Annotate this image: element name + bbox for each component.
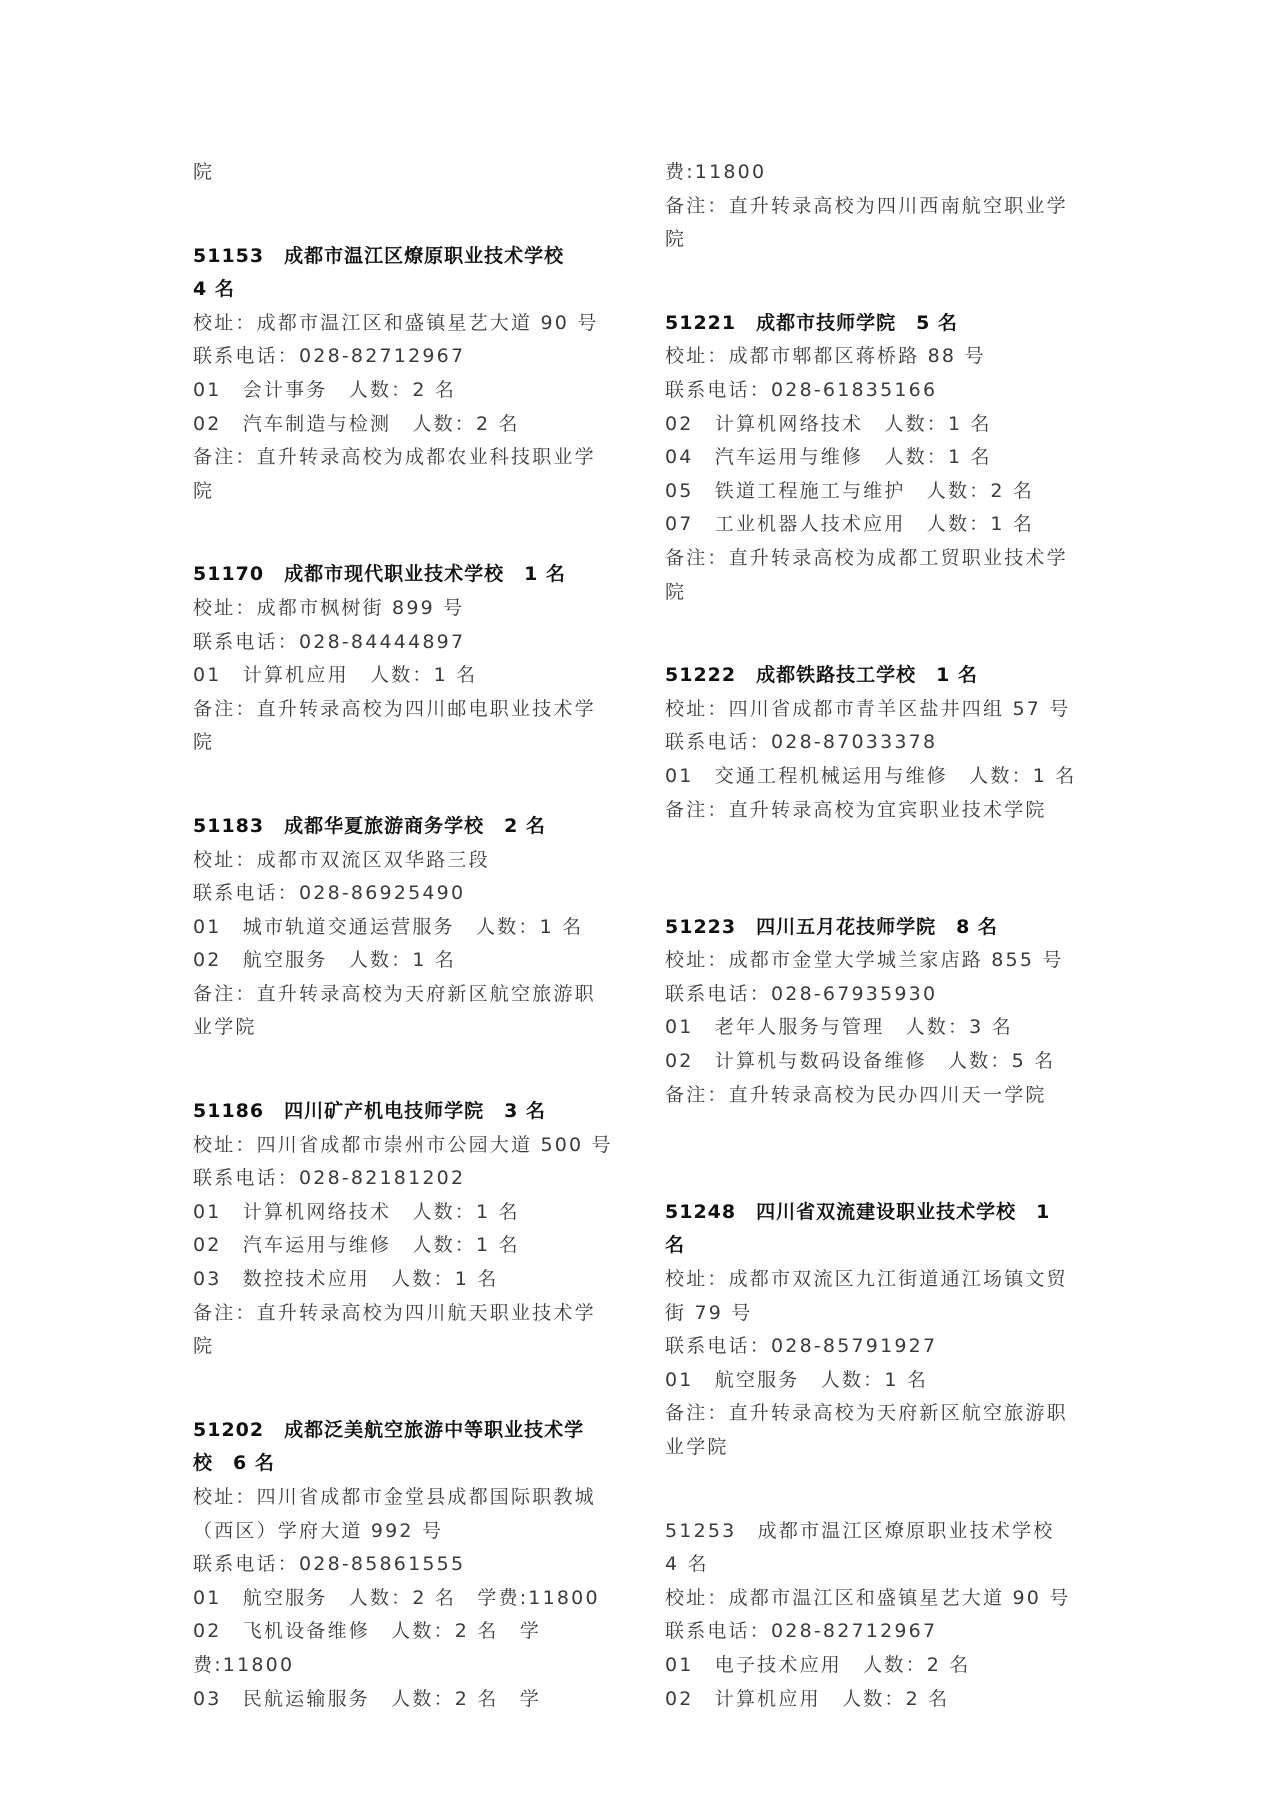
school-note: 备注：直升转录高校为天府新区航空旅游职 (193, 978, 628, 1012)
school-heading: 51202 成都泛美航空旅游中等职业技术学 (193, 1414, 628, 1448)
school-heading: 51153 成都市温江区燎原职业技术学校 (193, 240, 628, 274)
school-phone: 联系电话：028-85861555 (193, 1548, 628, 1582)
school-address: 校址：成都市双流区九江街道通江场镇文贸 (665, 1263, 1100, 1297)
major-line: 07 工业机器人技术应用 人数：1 名 (665, 508, 1100, 542)
continuation-text: 费:11800 (665, 156, 1100, 190)
school-note-cont: 院 (665, 576, 1100, 610)
school-address: 校址：成都市温江区和盛镇星艺大道 90 号 (665, 1582, 1100, 1616)
major-line: 02 计算机网络技术 人数：1 名 (665, 408, 1100, 442)
school-entry-51253: 51253 成都市温江区燎原职业技术学校 4 名 校址：成都市温江区和盛镇星艺大… (665, 1515, 1100, 1717)
major-line: 01 老年人服务与管理 人数：3 名 (665, 1011, 1100, 1045)
school-note-cont: 院 (193, 726, 628, 760)
school-address: 校址：成都市温江区和盛镇星艺大道 90 号 (193, 307, 628, 341)
school-note: 备注：直升转录高校为成都农业科技职业学 (193, 441, 628, 475)
school-note: 备注：直升转录高校为民办四川天一学院 (665, 1079, 1100, 1113)
school-phone: 联系电话：028-82181202 (193, 1162, 628, 1196)
major-line: 02 计算机与数码设备维修 人数：5 名 (665, 1045, 1100, 1079)
major-line: 02 飞机设备维修 人数：2 名 学 (193, 1615, 628, 1649)
school-address: 校址：成都市郫都区蒋桥路 88 号 (665, 340, 1100, 374)
school-phone: 联系电话：028-67935930 (665, 978, 1100, 1012)
school-phone: 联系电话：028-82712967 (665, 1615, 1100, 1649)
school-heading: 51221 成都市技师学院 5 名 (665, 307, 1100, 341)
school-heading-cont: 名 (665, 1229, 1100, 1263)
major-line: 03 民航运输服务 人数：2 名 学 (193, 1683, 628, 1717)
school-phone: 联系电话：028-87033378 (665, 726, 1100, 760)
school-heading-cont: 校 6 名 (193, 1447, 628, 1481)
continuation-note: 备注：直升转录高校为四川西南航空职业学 (665, 190, 1100, 224)
major-line: 01 会计事务 人数：2 名 (193, 374, 628, 408)
school-note-cont: 院 (193, 475, 628, 509)
major-line: 02 计算机应用 人数：2 名 (665, 1683, 1100, 1717)
major-line: 01 城市轨道交通运营服务 人数：1 名 (193, 911, 628, 945)
school-address-cont: （西区）学府大道 992 号 (193, 1515, 628, 1549)
school-phone: 联系电话：028-84444897 (193, 626, 628, 660)
major-line: 01 航空服务 人数：1 名 (665, 1364, 1100, 1398)
school-note-cont: 院 (193, 1330, 628, 1364)
school-entry-51248: 51248 四川省双流建设职业技术学校 1 名 校址：成都市双流区九江街道通江场… (665, 1196, 1100, 1465)
major-line: 01 航空服务 人数：2 名 学费:11800 (193, 1582, 628, 1616)
major-line: 01 电子技术应用 人数：2 名 (665, 1649, 1100, 1683)
right-column: 费:11800 备注：直升转录高校为四川西南航空职业学 院 51221 成都市技… (665, 156, 1100, 1716)
major-line: 02 汽车制造与检测 人数：2 名 (193, 408, 628, 442)
school-entry-51223: 51223 四川五月花技师学院 8 名 校址：成都市金堂大学城兰家店路 855 … (665, 911, 1100, 1113)
major-line: 04 汽车运用与维修 人数：1 名 (665, 441, 1100, 475)
school-phone: 联系电话：028-85791927 (665, 1330, 1100, 1364)
school-heading: 51170 成都市现代职业技术学校 1 名 (193, 558, 628, 592)
school-heading-cont: 4 名 (193, 273, 628, 307)
school-entry-51202: 51202 成都泛美航空旅游中等职业技术学 校 6 名 校址：四川省成都市金堂县… (193, 1414, 628, 1716)
school-heading: 51186 四川矿产机电技师学院 3 名 (193, 1095, 628, 1129)
school-address: 校址：四川省成都市青羊区盐井四组 57 号 (665, 693, 1100, 727)
school-entry-51183: 51183 成都华夏旅游商务学校 2 名 校址：成都市双流区双华路三段 联系电话… (193, 810, 628, 1045)
major-line: 01 交通工程机械运用与维修 人数：1 名 (665, 760, 1100, 794)
school-address-cont: 街 79 号 (665, 1297, 1100, 1331)
major-line: 05 铁道工程施工与维护 人数：2 名 (665, 475, 1100, 509)
school-heading: 51223 四川五月花技师学院 8 名 (665, 911, 1100, 945)
school-address: 校址：成都市金堂大学城兰家店路 855 号 (665, 944, 1100, 978)
school-heading: 51253 成都市温江区燎原职业技术学校 (665, 1515, 1100, 1549)
school-heading: 51222 成都铁路技工学校 1 名 (665, 659, 1100, 693)
school-address: 校址：四川省成都市崇州市公园大道 500 号 (193, 1129, 628, 1163)
school-entry-51186: 51186 四川矿产机电技师学院 3 名 校址：四川省成都市崇州市公园大道 50… (193, 1095, 628, 1364)
major-line: 01 计算机应用 人数：1 名 (193, 659, 628, 693)
school-note: 备注：直升转录高校为成都工贸职业技术学 (665, 542, 1100, 576)
school-entry-51170: 51170 成都市现代职业技术学校 1 名 校址：成都市枫树街 899 号 联系… (193, 558, 628, 760)
school-heading-cont: 4 名 (665, 1548, 1100, 1582)
continuation-text: 院 (193, 156, 628, 190)
school-entry-51153: 51153 成都市温江区燎原职业技术学校 4 名 校址：成都市温江区和盛镇星艺大… (193, 240, 628, 509)
school-entry-51222: 51222 成都铁路技工学校 1 名 校址：四川省成都市青羊区盐井四组 57 号… (665, 659, 1100, 827)
school-entry-51221: 51221 成都市技师学院 5 名 校址：成都市郫都区蒋桥路 88 号 联系电话… (665, 307, 1100, 609)
school-heading: 51248 四川省双流建设职业技术学校 1 (665, 1196, 1100, 1230)
school-phone: 联系电话：028-61835166 (665, 374, 1100, 408)
major-line: 02 汽车运用与维修 人数：1 名 (193, 1229, 628, 1263)
school-address: 校址：四川省成都市金堂县成都国际职教城 (193, 1481, 628, 1515)
school-phone: 联系电话：028-86925490 (193, 877, 628, 911)
continuation-note-cont: 院 (665, 223, 1100, 257)
major-line: 01 计算机网络技术 人数：1 名 (193, 1196, 628, 1230)
major-line-cont: 费:11800 (193, 1649, 628, 1683)
school-address: 校址：成都市枫树街 899 号 (193, 592, 628, 626)
school-note: 备注：直升转录高校为四川航天职业技术学 (193, 1297, 628, 1331)
school-note: 备注：直升转录高校为四川邮电职业技术学 (193, 693, 628, 727)
school-phone: 联系电话：028-82712967 (193, 340, 628, 374)
school-note-cont: 业学院 (193, 1011, 628, 1045)
school-heading: 51183 成都华夏旅游商务学校 2 名 (193, 810, 628, 844)
major-line: 03 数控技术应用 人数：1 名 (193, 1263, 628, 1297)
school-note: 备注：直升转录高校为宜宾职业技术学院 (665, 794, 1100, 828)
school-address: 校址：成都市双流区双华路三段 (193, 844, 628, 878)
school-note: 备注：直升转录高校为天府新区航空旅游职 (665, 1397, 1100, 1431)
left-column: 院 51153 成都市温江区燎原职业技术学校 4 名 校址：成都市温江区和盛镇星… (193, 156, 628, 1716)
major-line: 02 航空服务 人数：1 名 (193, 944, 628, 978)
school-note-cont: 业学院 (665, 1431, 1100, 1465)
